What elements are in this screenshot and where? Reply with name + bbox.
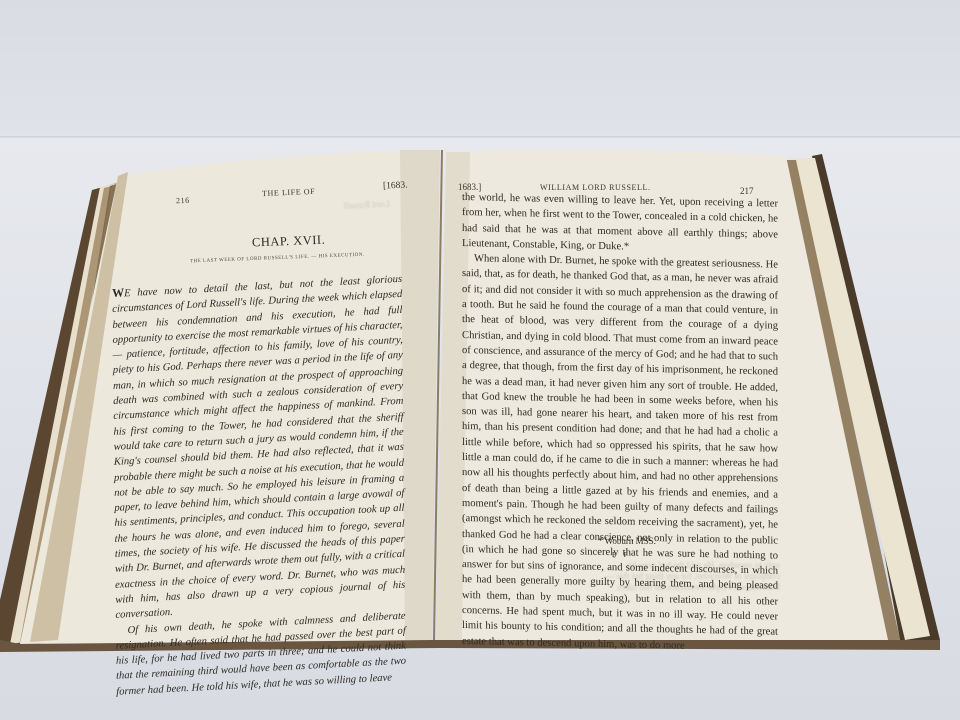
chapter-title: CHAP. XVII. [252, 233, 326, 251]
signature-mark: F F [612, 551, 631, 559]
drop-cap: W [112, 285, 124, 300]
paragraph: Of his own death, he spoke with calmness… [116, 608, 407, 700]
right-page-number: 217 [740, 186, 754, 196]
paragraph: When alone with Dr. Burnet, he spoke wit… [462, 251, 778, 655]
left-page-number: 216 [176, 196, 190, 206]
paragraph: WE have now to detail the last, but not … [112, 271, 406, 624]
left-year-marker: [1683. [383, 180, 408, 191]
footnote: * Woburn MSS. [598, 536, 656, 546]
right-page-bleed-through: only to ourselves. He said the had gone … [600, 560, 780, 593]
paragraph: the world, he was even willing to leave … [462, 190, 778, 258]
left-page-body: WE have now to detail the last, but not … [112, 271, 406, 700]
right-running-title: WILLIAM LORD RUSSELL. [540, 183, 651, 192]
